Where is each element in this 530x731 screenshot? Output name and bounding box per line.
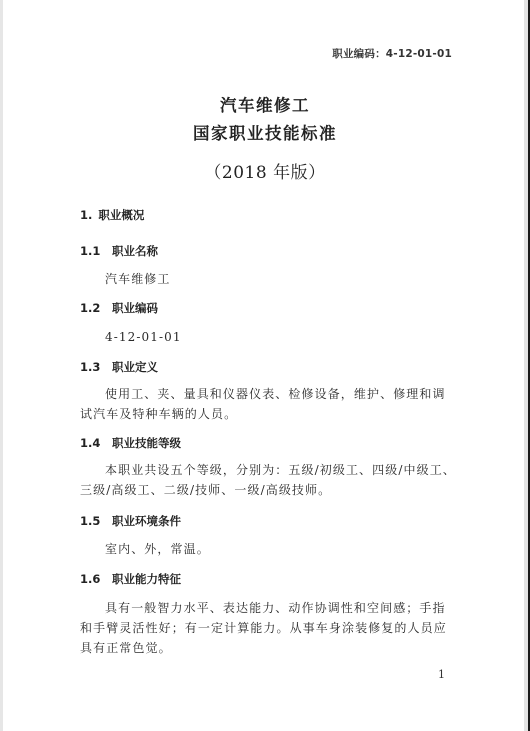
section-heading-1: 1.职业概况: [80, 207, 144, 223]
section-title: 职业定义: [112, 360, 158, 374]
section-heading-1-3: 1.3职业定义: [80, 359, 158, 375]
section-number: 1.5: [80, 514, 112, 528]
section-number: 1.: [80, 208, 92, 222]
section-body-1-2: 4-12-01-01: [105, 327, 481, 347]
edition-label: （2018 年版）: [0, 158, 530, 183]
section-title: 职业名称: [112, 244, 158, 258]
section-heading-1-5: 1.5职业环境条件: [80, 513, 181, 529]
section-number: 1.6: [80, 572, 112, 586]
section-number: 1.3: [80, 360, 112, 374]
section-number: 1.2: [80, 301, 112, 315]
section-heading-1-1: 1.1职业名称: [80, 243, 158, 259]
section-title: 职业概况: [98, 208, 144, 222]
section-heading-1-2: 1.2职业编码: [80, 300, 158, 316]
section-body-1-5: 室内、外，常温。: [105, 539, 481, 559]
section-number: 1.4: [80, 436, 112, 450]
section-body-1-3: 使用工、夹、量具和仪器仪表、检修设备，维护、修理和调试汽车及特种车辆的人员。: [80, 384, 456, 424]
document-title-line1: 汽车维修工: [0, 92, 530, 116]
section-number: 1.1: [80, 244, 112, 258]
section-title: 职业能力特征: [112, 572, 181, 586]
section-body-1-6: 具有一般智力水平、表达能力、动作协调性和空间感；手指和手臂灵活性好；有一定计算能…: [80, 598, 456, 658]
section-body-1-1: 汽车维修工: [105, 269, 481, 289]
section-title: 职业编码: [112, 301, 158, 315]
section-title: 职业技能等级: [112, 436, 181, 450]
page-number: 1: [438, 668, 445, 681]
section-heading-1-6: 1.6职业能力特征: [80, 571, 181, 587]
section-heading-1-4: 1.4职业技能等级: [80, 435, 181, 451]
document-title-line2: 国家职业技能标准: [0, 120, 530, 144]
occupation-code-header: 职业编码：4-12-01-01: [332, 46, 452, 61]
section-body-1-4: 本职业共设五个等级，分别为：五级/初级工、四级/中级工、三级/高级工、二级/技师…: [80, 460, 456, 500]
section-title: 职业环境条件: [112, 514, 181, 528]
